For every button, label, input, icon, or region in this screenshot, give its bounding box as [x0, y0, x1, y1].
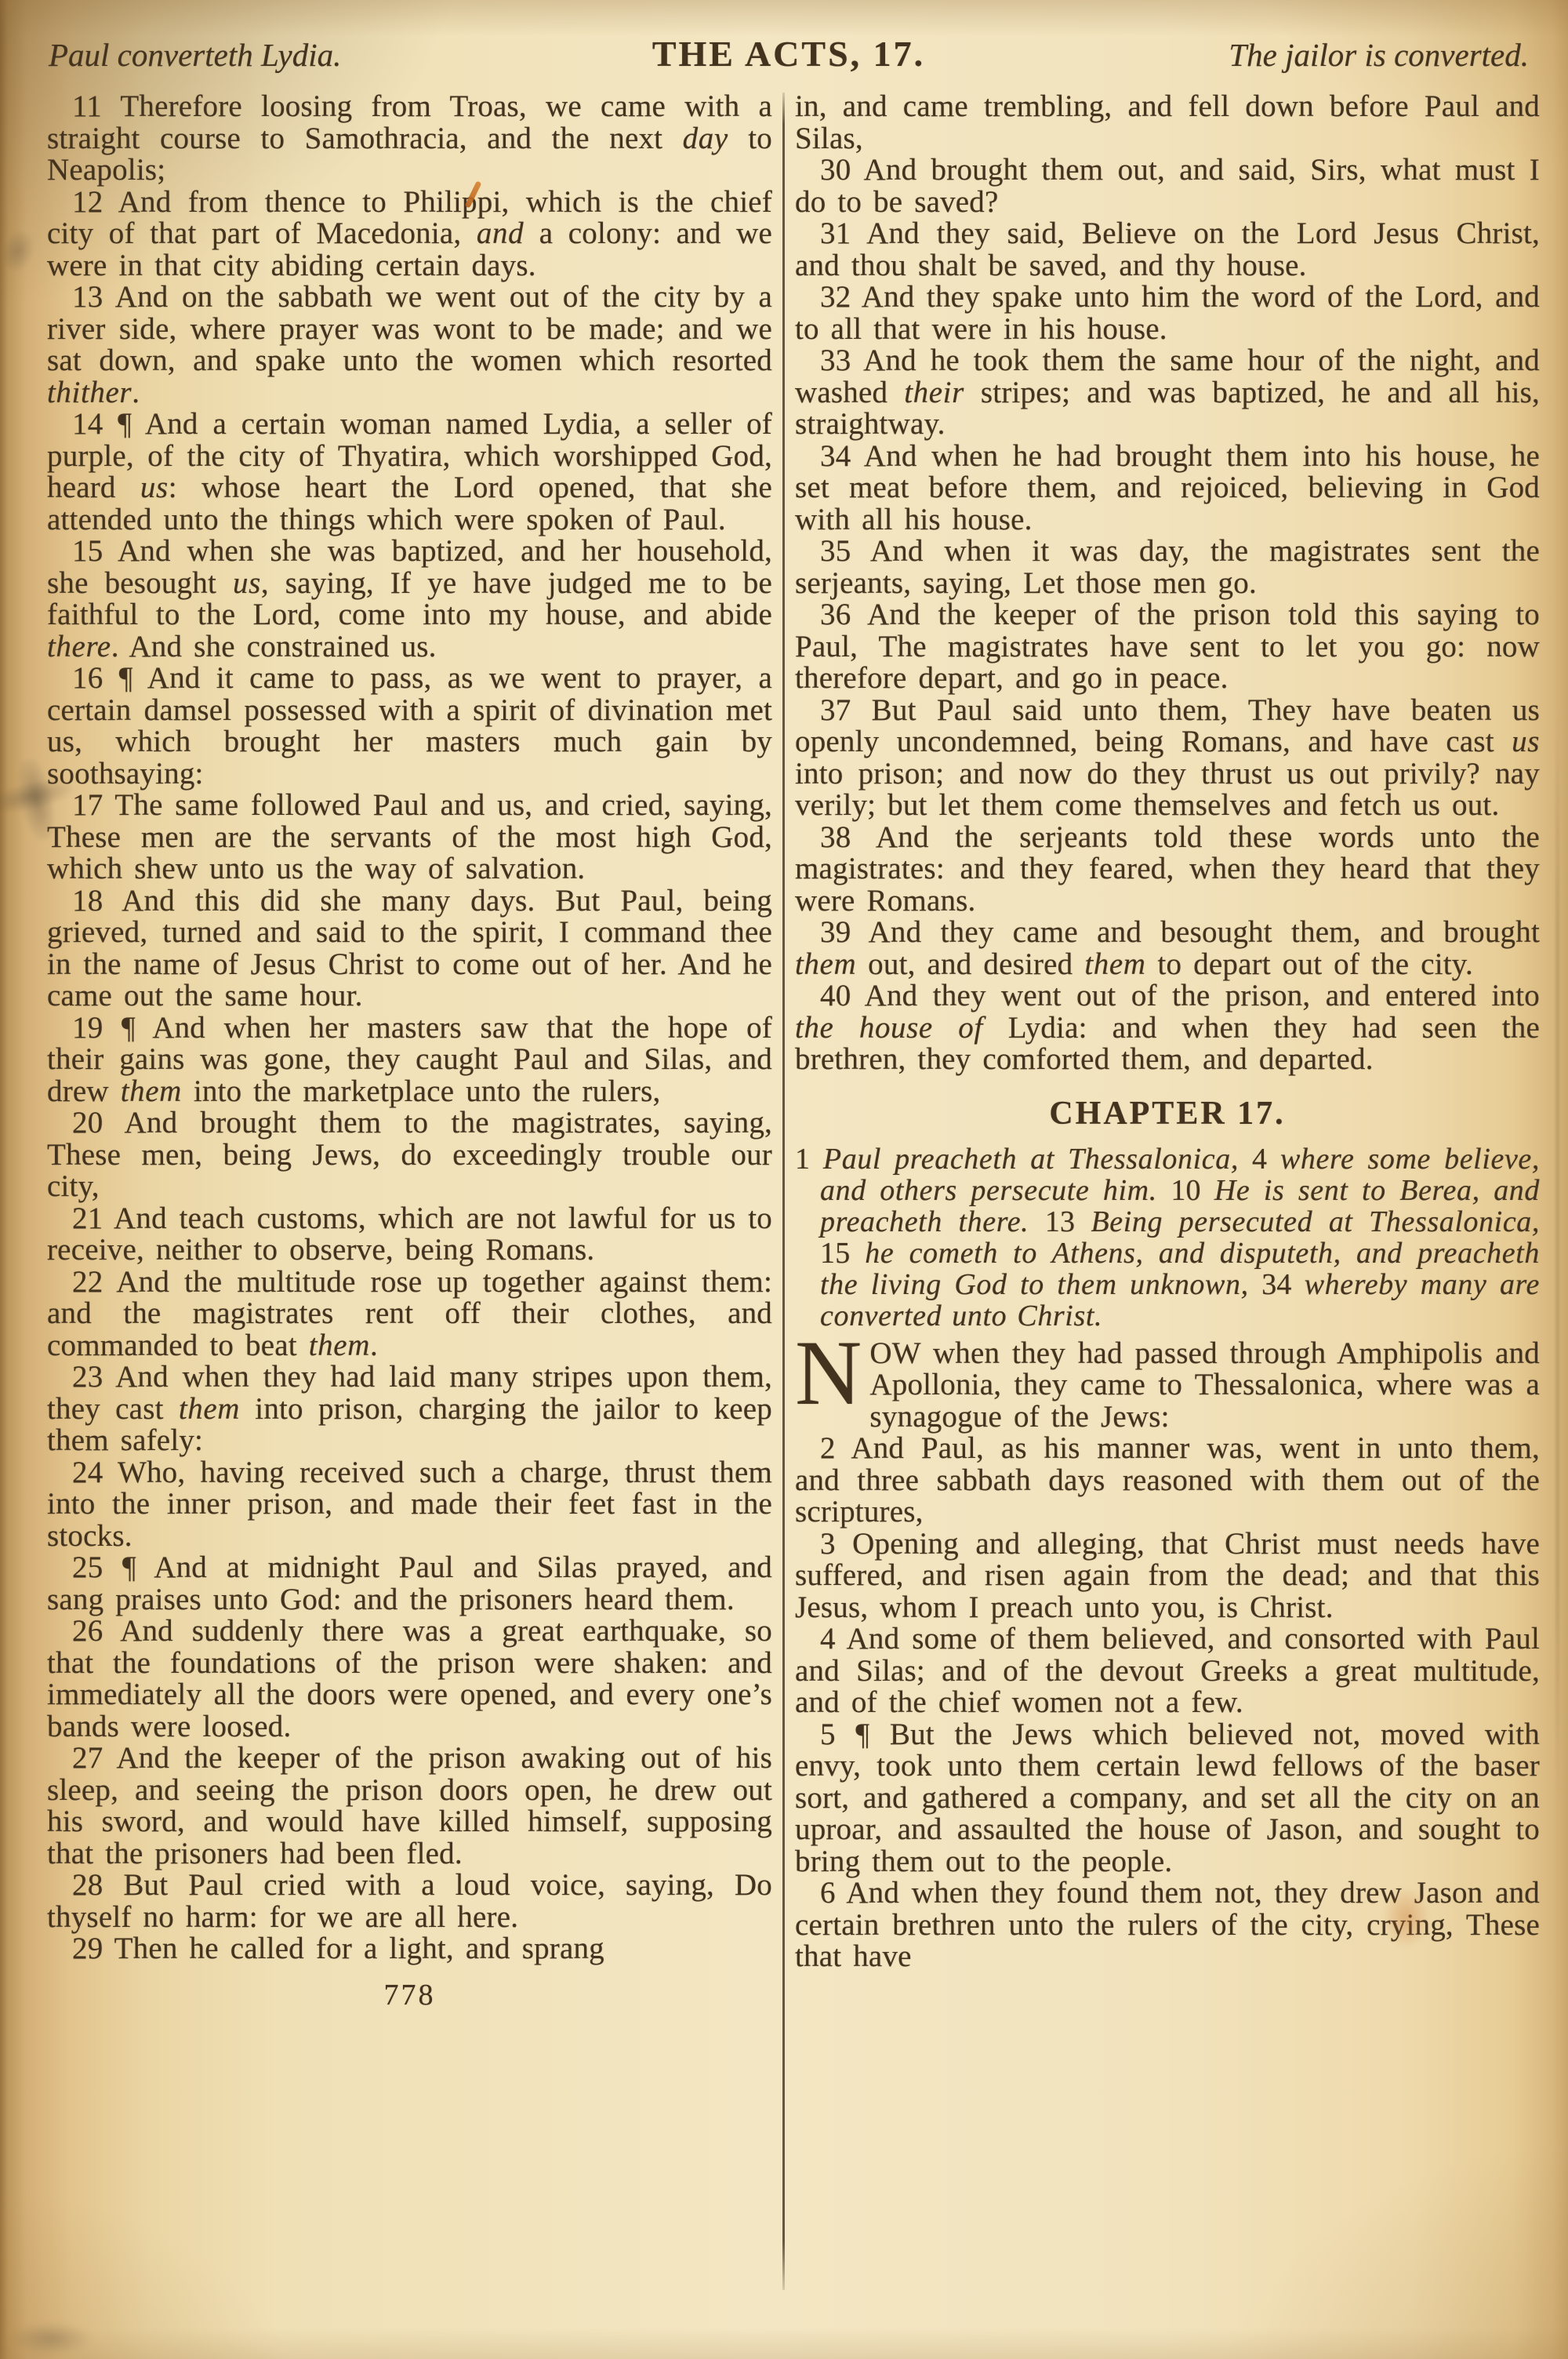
verse-text-run: there: [47, 630, 111, 663]
verse-text-run: 36 And the keeper of the prison told thi…: [795, 598, 1540, 695]
verses-acts17: NOW when they had passed through Amphipo…: [795, 1338, 1540, 1973]
verse-text-run: 32 And they spake unto him the word of t…: [795, 280, 1540, 346]
verse-text-run: 6 And when they found them not, they dre…: [795, 1876, 1540, 1973]
verse-text-run: 40 And they went out of the prison, and …: [820, 979, 1540, 1012]
page-header: Paul converteth Lydia. THE ACTS, 17. The…: [49, 33, 1529, 75]
verse-paragraph: 21 And teach customs, which are not lawf…: [47, 1203, 772, 1267]
verse-text-run: them: [121, 1074, 182, 1108]
verse-paragraph: 31 And they said, Believe on the Lord Je…: [795, 218, 1540, 282]
verse-text-run: and: [477, 216, 524, 250]
verse-paragraph: 33 And he took them the same hour of the…: [795, 345, 1540, 441]
page-number: 778: [47, 1978, 772, 2012]
verse-text-run: 38 And the serjeants told these words un…: [795, 820, 1540, 918]
verse-text-run: them: [1084, 947, 1145, 981]
verse-paragraph: 27 And the keeper of the prison awaking …: [47, 1743, 772, 1870]
drop-cap: N: [795, 1338, 869, 1406]
verse-text-run: us: [140, 471, 169, 504]
verse-text-run: 31 And they said, Believe on the Lord Je…: [795, 216, 1540, 282]
verse-paragraph: 28 But Paul cried with a loud voice, say…: [47, 1870, 772, 1933]
verse-text-run: Paul preacheth at Thessalonica,: [823, 1143, 1252, 1176]
verse-text-run: .: [132, 376, 140, 409]
verse-text-run: 13: [1045, 1205, 1091, 1238]
verse-text-run: us: [1512, 725, 1540, 758]
running-head-right: The jailor is converted.: [949, 36, 1529, 74]
verse-text-run: 28 But Paul cried with a loud voice, say…: [47, 1868, 772, 1934]
verse-text-run: 4 And some of them believed, and consort…: [795, 1622, 1540, 1719]
verse-paragraph: 15 And when she was baptized, and her ho…: [47, 536, 772, 663]
verse-text-run: 1: [795, 1143, 823, 1176]
verse-paragraph: 2 And Paul, as his manner was, went in u…: [795, 1433, 1540, 1528]
verse-paragraph: 14 ¶ And a certain woman named Lydia, a …: [47, 409, 772, 536]
page-body: 11 Therefore loosing from Troas, we came…: [47, 91, 1540, 2290]
verse-paragraph: 11 Therefore loosing from Troas, we came…: [47, 91, 772, 187]
verse-text-run: 37 But Paul said unto them, They have be…: [795, 693, 1540, 759]
running-head-left: Paul converteth Lydia.: [49, 36, 629, 74]
verse-text-run: the house of: [795, 1011, 983, 1045]
verse-text-run: 18 And this did she many days. But Paul,…: [47, 884, 772, 1013]
verse-paragraph: NOW when they had passed through Amphipo…: [795, 1338, 1540, 1434]
verse-text-run: to depart out of the city.: [1146, 947, 1473, 981]
column-divider-rule: [782, 93, 785, 2290]
verse-paragraph: 12 And from thence to Philippi, which is…: [47, 187, 772, 282]
verse-text-run: in, and came trembling, and fell down be…: [795, 89, 1540, 155]
verse-paragraph: 16 ¶ And it came to pass, as we went to …: [47, 663, 772, 790]
verse-text-run: thither: [47, 376, 132, 409]
verse-paragraph: 29 Then he called for a light, and spran…: [47, 1933, 772, 1965]
verse-text-run: day: [683, 122, 728, 155]
verse-text-run: 26 And suddenly there was a great earthq…: [47, 1614, 772, 1743]
verses-acts16-right: in, and came trembling, and fell down be…: [795, 91, 1540, 1076]
verse-paragraph: 19 ¶ And when her masters saw that the h…: [47, 1012, 772, 1108]
verse-text-run: out, and desired: [856, 947, 1084, 981]
verse-text-run: 13 And on the sabbath we went out of the…: [47, 280, 772, 377]
verse-text-run: 11 Therefore loosing from Troas, we came…: [47, 89, 772, 155]
left-column: 11 Therefore loosing from Troas, we came…: [47, 91, 772, 2012]
verse-paragraph: 4 And some of them believed, and consort…: [795, 1623, 1540, 1719]
verse-text-run: into the marketplace unto the rulers,: [182, 1074, 661, 1108]
chapter-heading: CHAPTER 17.: [795, 1095, 1540, 1132]
verse-text-run: 4: [1252, 1143, 1280, 1176]
verse-text-run: us: [233, 566, 261, 600]
verse-text-run: OW when they had passed through Amphipol…: [869, 1336, 1540, 1434]
verse-text-run: 24 Who, having received such a charge, t…: [47, 1456, 772, 1553]
verse-text-run: 3 Opening and alleging, that Christ must…: [795, 1527, 1540, 1624]
verse-paragraph: 26 And suddenly there was a great earthq…: [47, 1616, 772, 1743]
verse-text-run: them: [179, 1392, 240, 1426]
chapter-summary: 1 Paul preacheth at Thessalonica, 4 wher…: [795, 1143, 1540, 1332]
verse-text-run: . And she constrained us.: [111, 630, 437, 663]
verse-text-run: 21 And teach customs, which are not lawf…: [47, 1201, 772, 1267]
verse-text-run: 39 And they came and besought them, and …: [820, 915, 1540, 949]
verse-text-run: Being persecuted at Thessalonica,: [1091, 1205, 1540, 1238]
verse-text-run: 29 Then he called for a light, and spran…: [72, 1932, 604, 1965]
verse-text-run: 25 ¶ And at midnight Paul and Silas pray…: [47, 1550, 772, 1616]
verse-paragraph: 32 And they spake unto him the word of t…: [795, 282, 1540, 345]
verse-text-run: 2 And Paul, as his manner was, went in u…: [795, 1431, 1540, 1528]
verse-paragraph: 3 Opening and alleging, that Christ must…: [795, 1528, 1540, 1624]
verse-paragraph: 5 ¶ But the Jews which believed not, mov…: [795, 1719, 1540, 1878]
verses-acts16-left: 11 Therefore loosing from Troas, we came…: [47, 91, 772, 1965]
verse-paragraph: 35 And when it was day, the magistrates …: [795, 536, 1540, 599]
verse-paragraph: 39 And they came and besought them, and …: [795, 917, 1540, 980]
verse-text-run: 22 And the multitude rose up together ag…: [47, 1265, 772, 1362]
verse-text-run: 10: [1171, 1174, 1214, 1207]
verse-paragraph: 6 And when they found them not, they dre…: [795, 1877, 1540, 1973]
verse-text-run: into prison; and now do they thrust us o…: [795, 757, 1540, 823]
verse-paragraph: 22 And the multitude rose up together ag…: [47, 1267, 772, 1362]
verse-paragraph: 25 ¶ And at midnight Paul and Silas pray…: [47, 1552, 772, 1616]
chapter-summary-block: 1 Paul preacheth at Thessalonica, 4 wher…: [795, 1143, 1540, 1332]
paper-crease: [1555, 706, 1559, 1804]
page-title: THE ACTS, 17.: [652, 33, 925, 75]
verse-paragraph: 13 And on the sabbath we went out of the…: [47, 282, 772, 409]
verse-text-run: their: [904, 376, 964, 409]
verse-text-run: 34: [1261, 1268, 1305, 1301]
verse-paragraph: 23 And when they had laid many stripes u…: [47, 1361, 772, 1457]
bible-page-scan: Paul converteth Lydia. THE ACTS, 17. The…: [0, 0, 1568, 2359]
verse-text-run: them: [309, 1329, 370, 1362]
verse-paragraph: 40 And they went out of the prison, and …: [795, 980, 1540, 1076]
verse-paragraph: 30 And brought them out, and said, Sirs,…: [795, 154, 1540, 218]
bottom-smudge-mark: [0, 2315, 110, 2359]
verse-paragraph: 20 And brought them to the magistrates, …: [47, 1107, 772, 1203]
verse-paragraph: 17 The same followed Paul and us, and cr…: [47, 790, 772, 885]
verse-paragraph: 37 But Paul said unto them, They have be…: [795, 695, 1540, 822]
verse-text-run: 35 And when it was day, the magistrates …: [795, 534, 1540, 600]
verse-text-run: 20 And brought them to the magistrates, …: [47, 1106, 772, 1203]
right-column: in, and came trembling, and fell down be…: [795, 91, 1540, 1973]
verse-text-run: .: [370, 1329, 378, 1362]
verse-text-run: 16 ¶ And it came to pass, as we went to …: [47, 661, 772, 791]
verse-text-run: 30 And brought them out, and said, Sirs,…: [795, 153, 1540, 219]
verse-text-run: 17 The same followed Paul and us, and cr…: [47, 788, 772, 885]
verse-paragraph: 24 Who, having received such a charge, t…: [47, 1457, 772, 1553]
verse-paragraph: 18 And this did she many days. But Paul,…: [47, 885, 772, 1012]
verse-text-run: 27 And the keeper of the prison awaking …: [47, 1741, 772, 1870]
verse-paragraph: 34 And when he had brought them into his…: [795, 441, 1540, 536]
verse-text-run: 5 ¶ But the Jews which believed not, mov…: [795, 1717, 1540, 1878]
verse-text-run: them: [795, 947, 856, 981]
verse-text-run: 34 And when he had brought them into his…: [795, 439, 1540, 536]
verse-continuation: in, and came trembling, and fell down be…: [795, 91, 1540, 154]
pencil-smudge-mark: [0, 214, 49, 288]
verse-paragraph: 38 And the serjeants told these words un…: [795, 822, 1540, 918]
verse-paragraph: 36 And the keeper of the prison told thi…: [795, 599, 1540, 695]
verse-text-run: 15: [820, 1237, 865, 1270]
